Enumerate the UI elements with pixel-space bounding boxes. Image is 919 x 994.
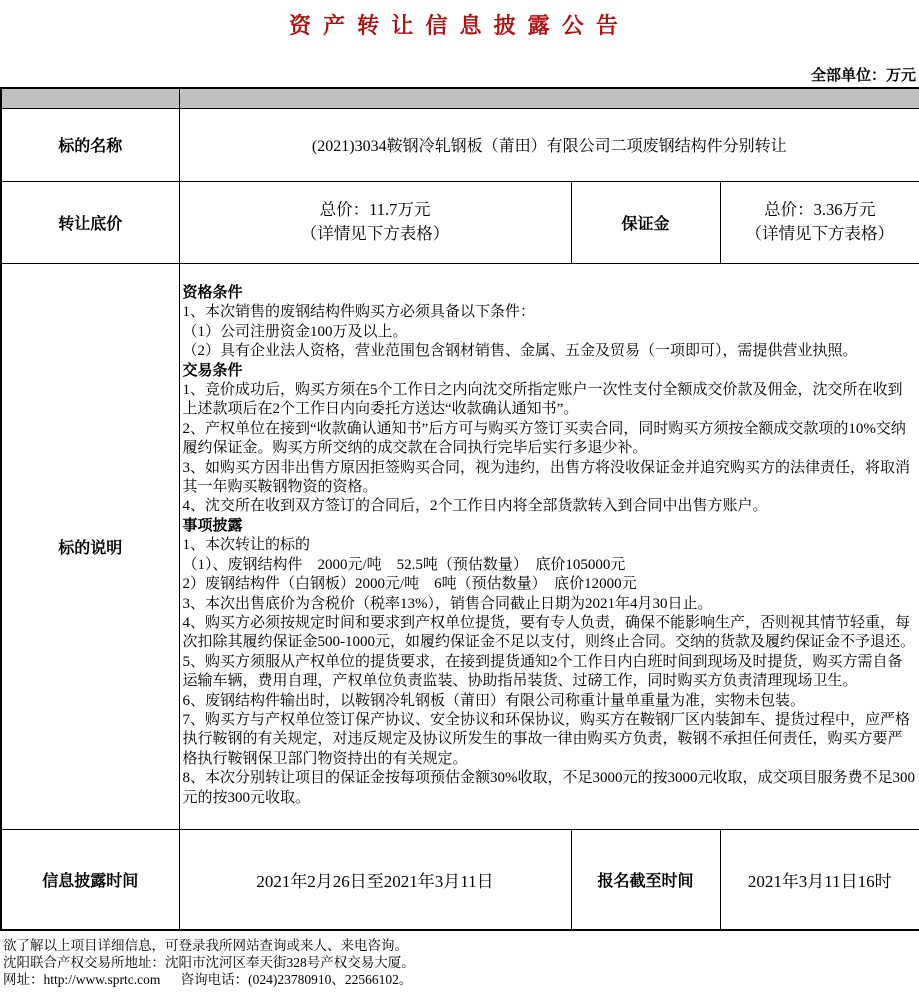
- description-paragraph: 1、本次转让的标的: [183, 536, 917, 555]
- base-price-total: 总价：11.7万元: [183, 198, 568, 222]
- announcement-table: 标的名称 (2021)3034鞍钢冷轧钢板（莆田）有限公司二项废钢结构件分别转让…: [0, 87, 919, 931]
- description-paragraph: 2）废钢结构件（白钢板）2000元/吨 6吨（预估数量） 底价12000元: [183, 575, 917, 594]
- description-paragraph: （2）具有企业法人资格，营业范围包含钢材销售、金属、五金及贸易（一项即可），需提…: [183, 342, 917, 361]
- subject-name-label: 标的名称: [1, 108, 179, 181]
- registration-deadline-label: 报名截至时间: [571, 829, 720, 930]
- description-paragraph: 5、购买方须服从产权单位的提货要求，在接到提货通知2个工作日内白班时间到现场及时…: [183, 653, 917, 692]
- subject-description-row: 标的说明 资格条件1、本次销售的废钢结构件购买方必须具备以下条件：（1）公司注册…: [1, 263, 919, 829]
- footer-info-line: 欲了解以上项目详细信息，可登录我所网站查询或来人、来电咨询。: [3, 937, 919, 954]
- disclosure-time-label: 信息披露时间: [1, 829, 179, 930]
- description-paragraph: 2、产权单位在接到“收款确认通知书”后方可与购买方签订买卖合同，同时购买方须按全…: [183, 420, 917, 459]
- description-paragraph: 1、竞价成功后，购买方须在5个工作日之内向沈交所指定账户一次性支付全额成交价款及…: [183, 381, 917, 420]
- description-paragraph: 资格条件: [183, 284, 917, 303]
- base-price-label: 转让底价: [1, 181, 179, 263]
- deposit-value: 总价：3.36万元 （详情见下方表格）: [720, 181, 919, 263]
- deposit-note: （详情见下方表格）: [724, 222, 917, 246]
- description-paragraph: 交易条件: [183, 362, 917, 381]
- announcement-document: 资产转让信息披露公告 全部单位：万元 标的名称 (2021)3034鞍钢冷轧钢板…: [0, 0, 919, 994]
- registration-deadline-value: 2021年3月11日16时: [720, 829, 919, 930]
- description-paragraph: 4、沈交所在收到双方签订的合同后，2个工作日内将全部货款转入到合同中出售方账户。: [183, 497, 917, 516]
- deposit-total: 总价：3.36万元: [724, 198, 917, 222]
- base-price-value: 总价：11.7万元 （详情见下方表格）: [179, 181, 571, 263]
- description-paragraph: 3、如购买方因非出售方原因拒签购买合同，视为违约，出售方将没收保证金并追究购买方…: [183, 459, 917, 498]
- footer-address-line: 沈阳联合产权交易所地址：沈阳市沈河区奉天街328号产权交易大厦。: [3, 954, 919, 971]
- header-cell-right: [179, 88, 919, 108]
- description-paragraph: 3、本次出售底价为含税价（税率13%），销售合同截止日期为2021年4月30日止…: [183, 595, 917, 614]
- price-row: 转让底价 总价：11.7万元 （详情见下方表格） 保证金 总价：3.36万元 （…: [1, 181, 919, 263]
- deposit-label: 保证金: [571, 181, 720, 263]
- description-paragraph: 7、购买方与产权单位签订保产协议、安全协议和环保协议，购买方在鞍钢厂区内装卸车、…: [183, 711, 917, 769]
- footer-contact-line: 网址：http://www.sprtc.com 咨询电话：(024)237809…: [3, 971, 919, 988]
- description-paragraphs: 资格条件1、本次销售的废钢结构件购买方必须具备以下条件：（1）公司注册资金100…: [179, 263, 919, 829]
- description-paragraph: （1）公司注册资金100万及以上。: [183, 323, 917, 342]
- description-paragraph: 6、废钢结构件输出时，以鞍钢冷轧钢板（莆田）有限公司称重计量单重量为准，实物未包…: [183, 692, 917, 711]
- disclosure-time-value: 2021年2月26日至2021年3月11日: [179, 829, 571, 930]
- description-paragraph: 8、本次分别转让项目的保证金按每项预估金额30%收取，不足3000元的按3000…: [183, 769, 917, 808]
- description-paragraph: （1）、废钢结构件 2000元/吨 52.5吨（预估数量） 底价105000元: [183, 556, 917, 575]
- description-paragraph: 事项披露: [183, 517, 917, 536]
- table-header-row: [1, 88, 919, 108]
- subject-name-row: 标的名称 (2021)3034鞍钢冷轧钢板（莆田）有限公司二项废钢结构件分别转让: [1, 108, 919, 181]
- disclosure-time-row: 信息披露时间 2021年2月26日至2021年3月11日 报名截至时间 2021…: [1, 829, 919, 930]
- subject-description-label: 标的说明: [1, 263, 179, 829]
- footer-notes: 欲了解以上项目详细信息，可登录我所网站查询或来人、来电咨询。 沈阳联合产权交易所…: [0, 931, 919, 988]
- header-cell-left: [1, 88, 179, 108]
- description-paragraph: 4、购买方必须按规定时间和要求到产权单位提货，要有专人负责，确保不能影响生产，否…: [183, 614, 917, 653]
- subject-name-value: (2021)3034鞍钢冷轧钢板（莆田）有限公司二项废钢结构件分别转让: [179, 108, 919, 181]
- description-paragraph: 1、本次销售的废钢结构件购买方必须具备以下条件：: [183, 303, 917, 322]
- base-price-note: （详情见下方表格）: [183, 222, 568, 246]
- page-title: 资产转让信息披露公告: [0, 0, 919, 40]
- unit-note: 全部单位：万元: [0, 40, 919, 87]
